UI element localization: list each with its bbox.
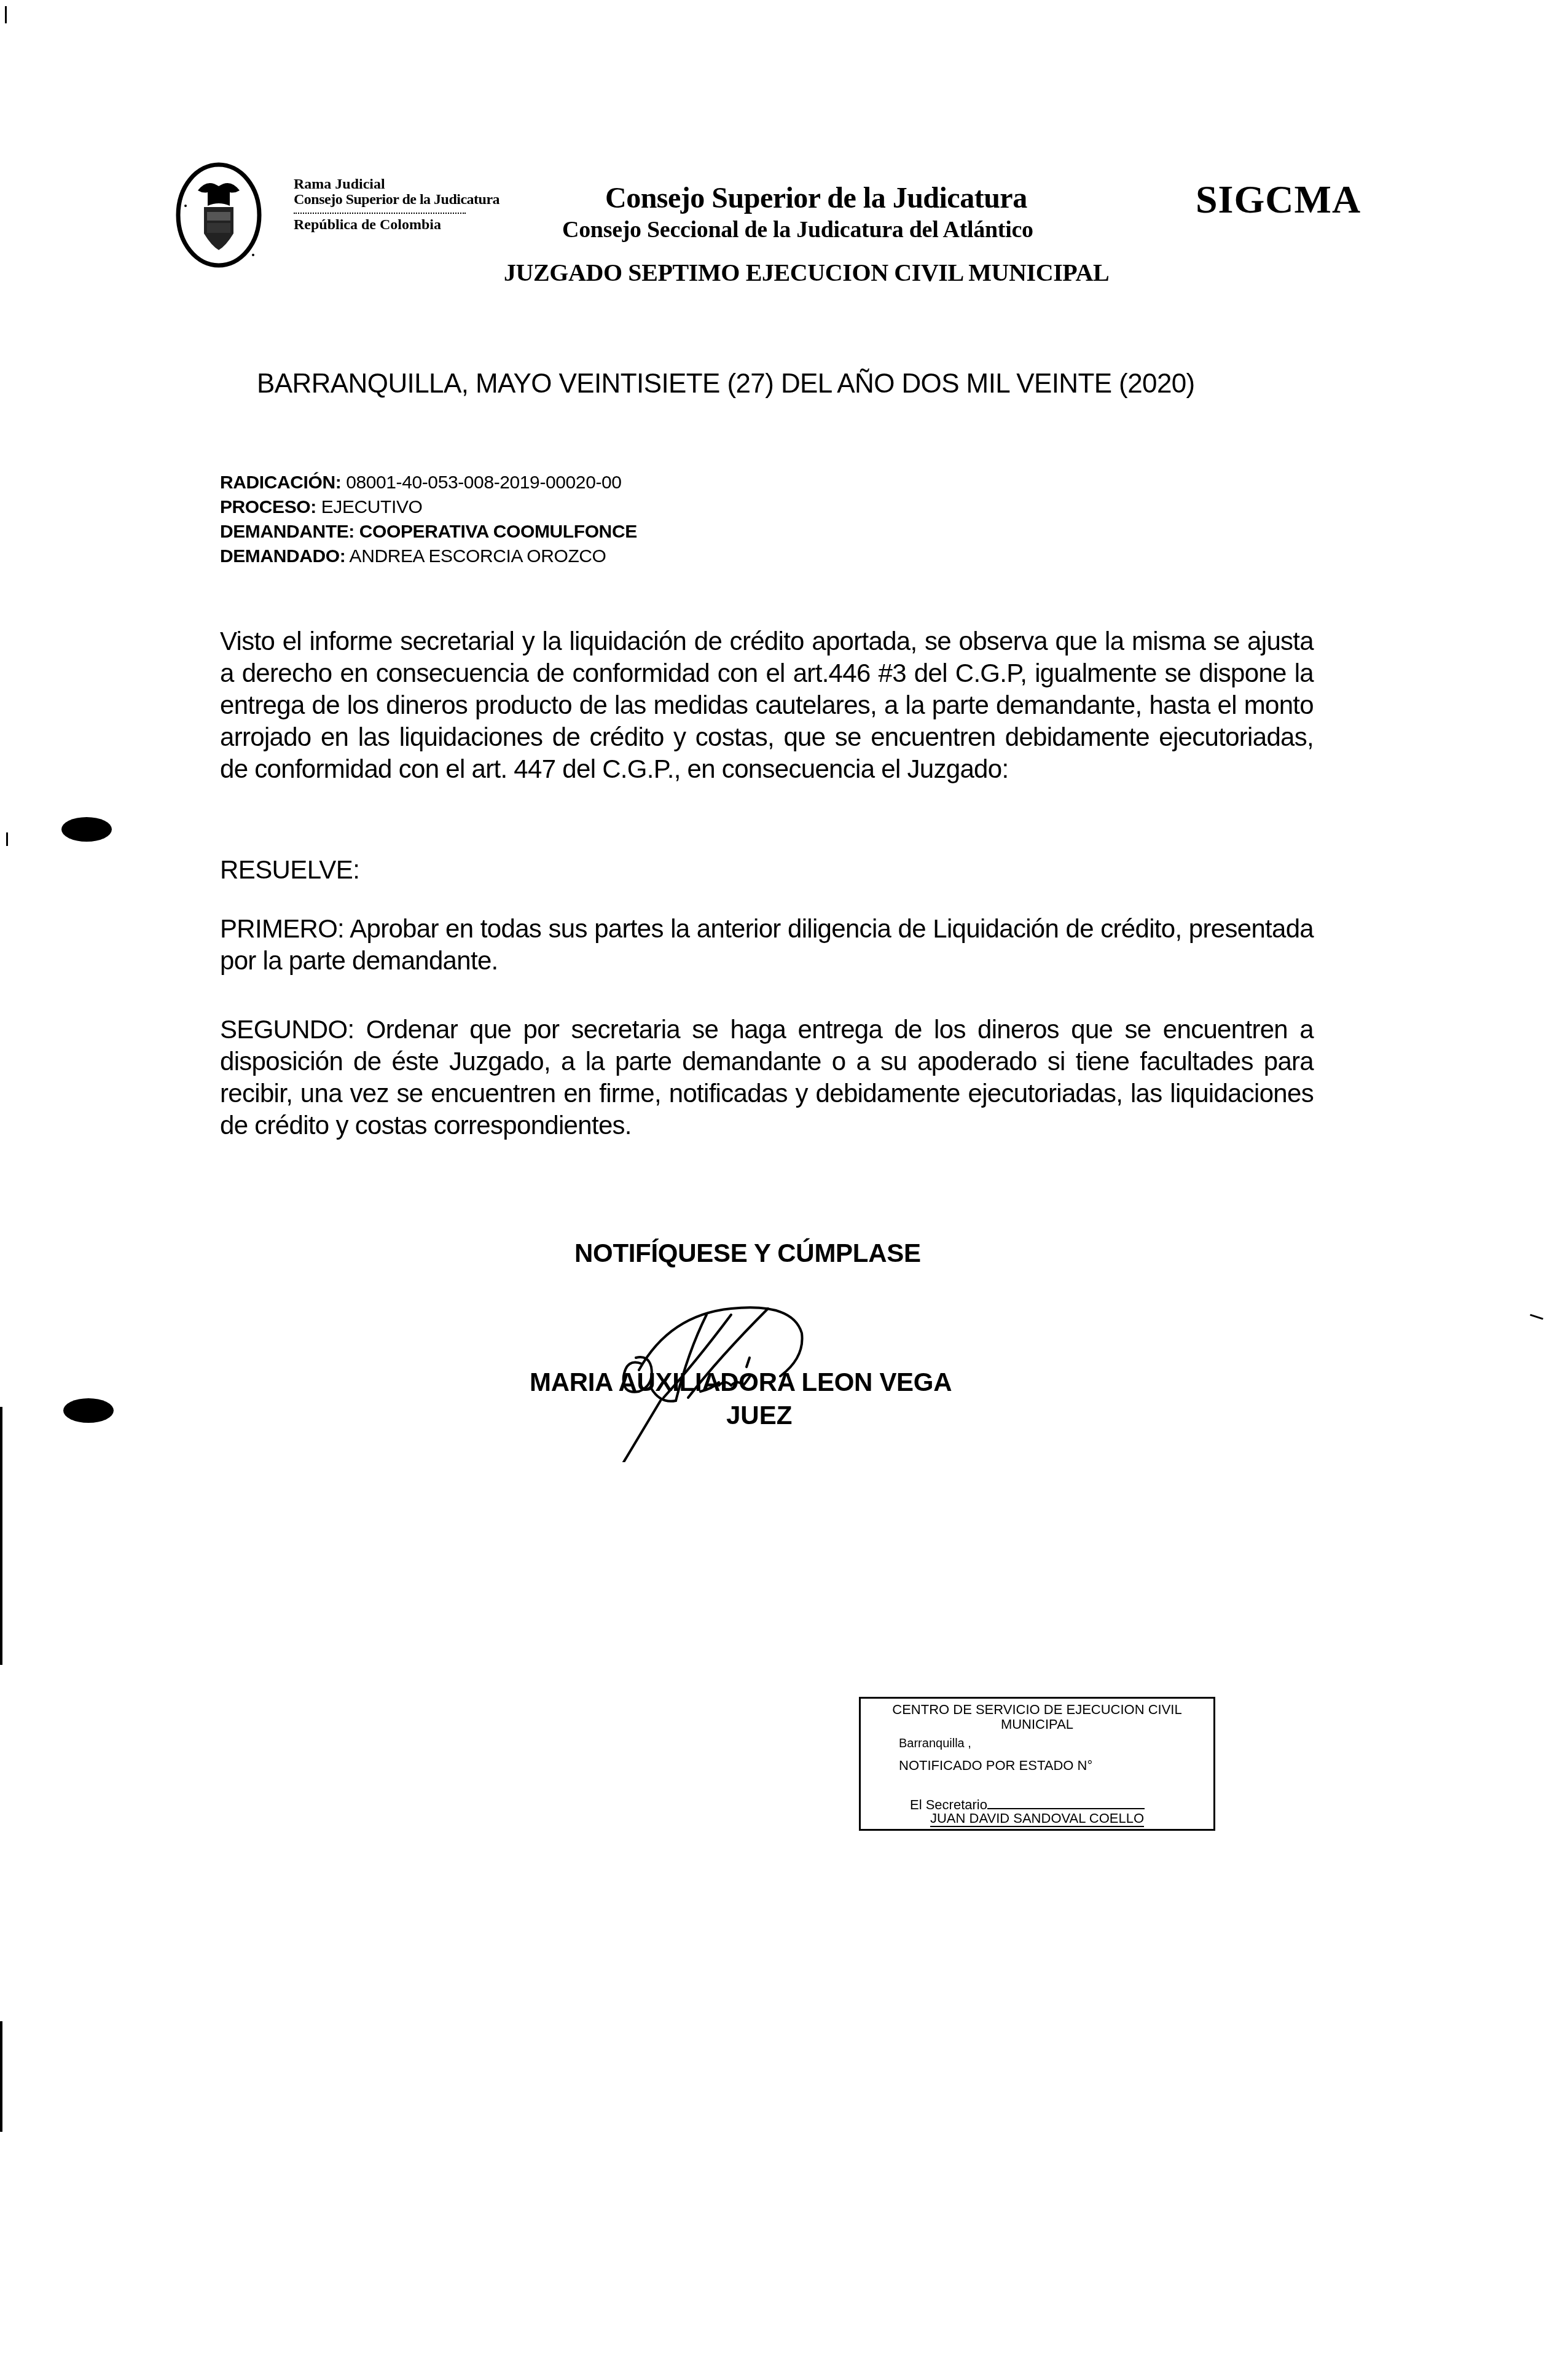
notification-stamp: CENTRO DE SERVICIO DE EJECUCION CIVIL MU… bbox=[859, 1697, 1215, 1831]
body-paragraph-primero: PRIMERO: Aprobar en todas sus partes la … bbox=[220, 913, 1314, 977]
radicacion-label: RADICACIÓN: bbox=[220, 472, 341, 493]
stamp-city: Barranquilla , bbox=[899, 1737, 971, 1751]
handwritten-signature-icon bbox=[590, 1266, 872, 1462]
scan-edge-mark bbox=[0, 2021, 2, 2132]
proceso-label: PROCESO: bbox=[220, 497, 316, 517]
body-paragraph-considerations: Visto el informe secretarial y la liquid… bbox=[220, 625, 1314, 785]
judge-name: MARIA AUXILIADORA LEON VEGA bbox=[530, 1368, 952, 1397]
document-date: BARRANQUILLA, MAYO VEINTISIETE (27) DEL … bbox=[257, 369, 1195, 399]
demandado-label: DEMANDADO: bbox=[220, 546, 345, 566]
body-paragraph-segundo: SEGUNDO: Ordenar que por secretaria se h… bbox=[220, 1014, 1314, 1141]
signature-blank-line bbox=[987, 1808, 1145, 1809]
logo-line-rama-judicial: Rama Judicial bbox=[294, 177, 499, 192]
case-demandado: DEMANDADO: ANDREA ESCORCIA OROZCO bbox=[220, 544, 637, 569]
scan-edge-mark bbox=[1530, 1314, 1543, 1320]
proceso-value: EJECUTIVO bbox=[316, 497, 423, 517]
stamp-title: CENTRO DE SERVICIO DE EJECUCION CIVIL MU… bbox=[861, 1702, 1213, 1732]
logo-divider bbox=[294, 213, 466, 214]
court-name: JUZGADO SEPTIMO EJECUCION CIVIL MUNICIPA… bbox=[504, 258, 1109, 287]
judge-title: JUEZ bbox=[726, 1401, 792, 1430]
logo-line-consejo: Consejo Superior de la Judicatura bbox=[294, 192, 499, 208]
header-title: Consejo Superior de la Judicatura bbox=[605, 181, 1027, 215]
logo-text: Rama Judicial Consejo Superior de la Jud… bbox=[294, 177, 499, 232]
punch-hole-mark bbox=[61, 817, 112, 842]
demandado-value: ANDREA ESCORCIA OROZCO bbox=[345, 546, 606, 566]
stamp-secretary-name-row: JUAN DAVID SANDOVAL COELLO bbox=[861, 1810, 1213, 1826]
case-details: RADICACIÓN: 08001-40-053-008-2019-00020-… bbox=[220, 471, 637, 569]
radicacion-value: 08001-40-053-008-2019-00020-00 bbox=[341, 472, 621, 493]
logo-line-republica: República de Colombia bbox=[294, 217, 499, 232]
colombia-coat-of-arms-seal-icon bbox=[173, 157, 264, 273]
header-subtitle: Consejo Seccional de la Judicatura del A… bbox=[562, 216, 1033, 243]
stamp-notified-by-state: NOTIFICADO POR ESTADO N° bbox=[899, 1758, 1092, 1774]
scan-edge-mark bbox=[5, 6, 7, 23]
case-demandante: DEMANDANTE: COOPERATIVA COOMULFONCE bbox=[220, 520, 637, 544]
demandante-label: DEMANDANTE: bbox=[220, 522, 355, 542]
closing-notifiquese: NOTIFÍQUESE Y CÚMPLASE bbox=[574, 1239, 921, 1268]
stamp-secretary-name: JUAN DAVID SANDOVAL COELLO bbox=[930, 1810, 1144, 1827]
scan-edge-mark bbox=[0, 1407, 2, 1665]
punch-hole-mark bbox=[63, 1398, 114, 1423]
resuelve-heading: RESUELVE: bbox=[220, 855, 359, 885]
header-system-label: SIGCMA bbox=[1196, 177, 1361, 222]
case-proceso: PROCESO: EJECUTIVO bbox=[220, 495, 637, 520]
scan-edge-mark bbox=[6, 832, 8, 846]
case-radicacion: RADICACIÓN: 08001-40-053-008-2019-00020-… bbox=[220, 471, 637, 495]
demandante-value: COOPERATIVA COOMULFONCE bbox=[355, 522, 637, 542]
